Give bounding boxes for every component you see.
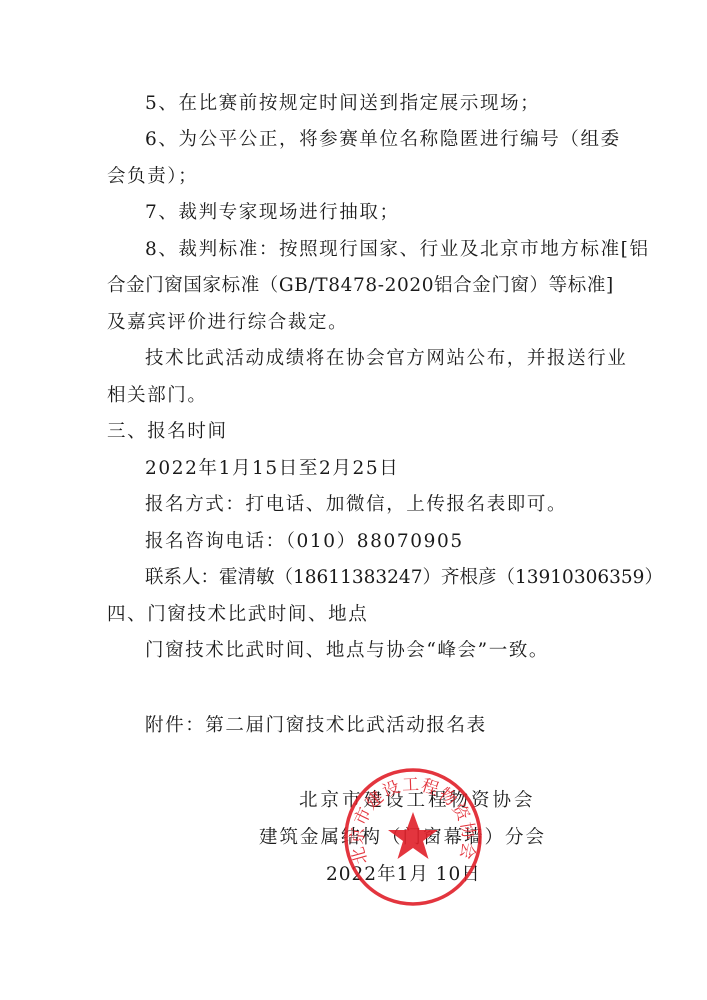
item-8: 8、裁判标准：按照现行国家、行业及北京市地方标准[铝 (145, 238, 645, 262)
official-seal-icon: 北京市建设工程物资协会 (342, 766, 484, 908)
results-paragraph-cont: 相关部门。 (107, 384, 607, 408)
item-7: 7、裁判专家现场进行抽取； (145, 201, 645, 225)
registration-method: 报名方式：打电话、加微信，上传报名表即可。 (145, 493, 645, 517)
registration-phone: 报名咨询电话：（010）88070905 (145, 530, 645, 554)
item-5: 5、在比赛前按规定时间送到指定展示现场； (145, 92, 645, 116)
results-paragraph: 技术比武活动成绩将在协会官方网站公布，并报送行业 (145, 347, 645, 371)
item-8-cont-2: 及嘉宾评价进行综合裁定。 (107, 311, 607, 335)
document-page: 5、在比赛前按规定时间送到指定展示现场； 6、为公平公正，将参赛单位名称隐匿进行… (0, 0, 707, 1000)
item-8-cont-1: 合金门窗国家标准（GB/T8478-2020铝合金门窗）等标准] (107, 274, 607, 298)
item-6: 6、为公平公正，将参赛单位名称隐匿进行编号（组委 (145, 128, 645, 152)
competition-time-place: 门窗技术比武时间、地点与协会“峰会”一致。 (145, 639, 645, 663)
attachment-note: 附件：第二届门窗技术比武活动报名表 (145, 714, 645, 738)
contact-persons: 联系人：霍清敏（18611383247）齐根彦（13910306359） (145, 566, 645, 590)
registration-period: 2022年1月15日至2月25日 (145, 457, 645, 481)
item-6-cont: 会负责）； (107, 165, 607, 189)
section-4-heading: 四、门窗技术比武时间、地点 (107, 603, 607, 627)
section-3-heading: 三、报名时间 (107, 420, 607, 444)
